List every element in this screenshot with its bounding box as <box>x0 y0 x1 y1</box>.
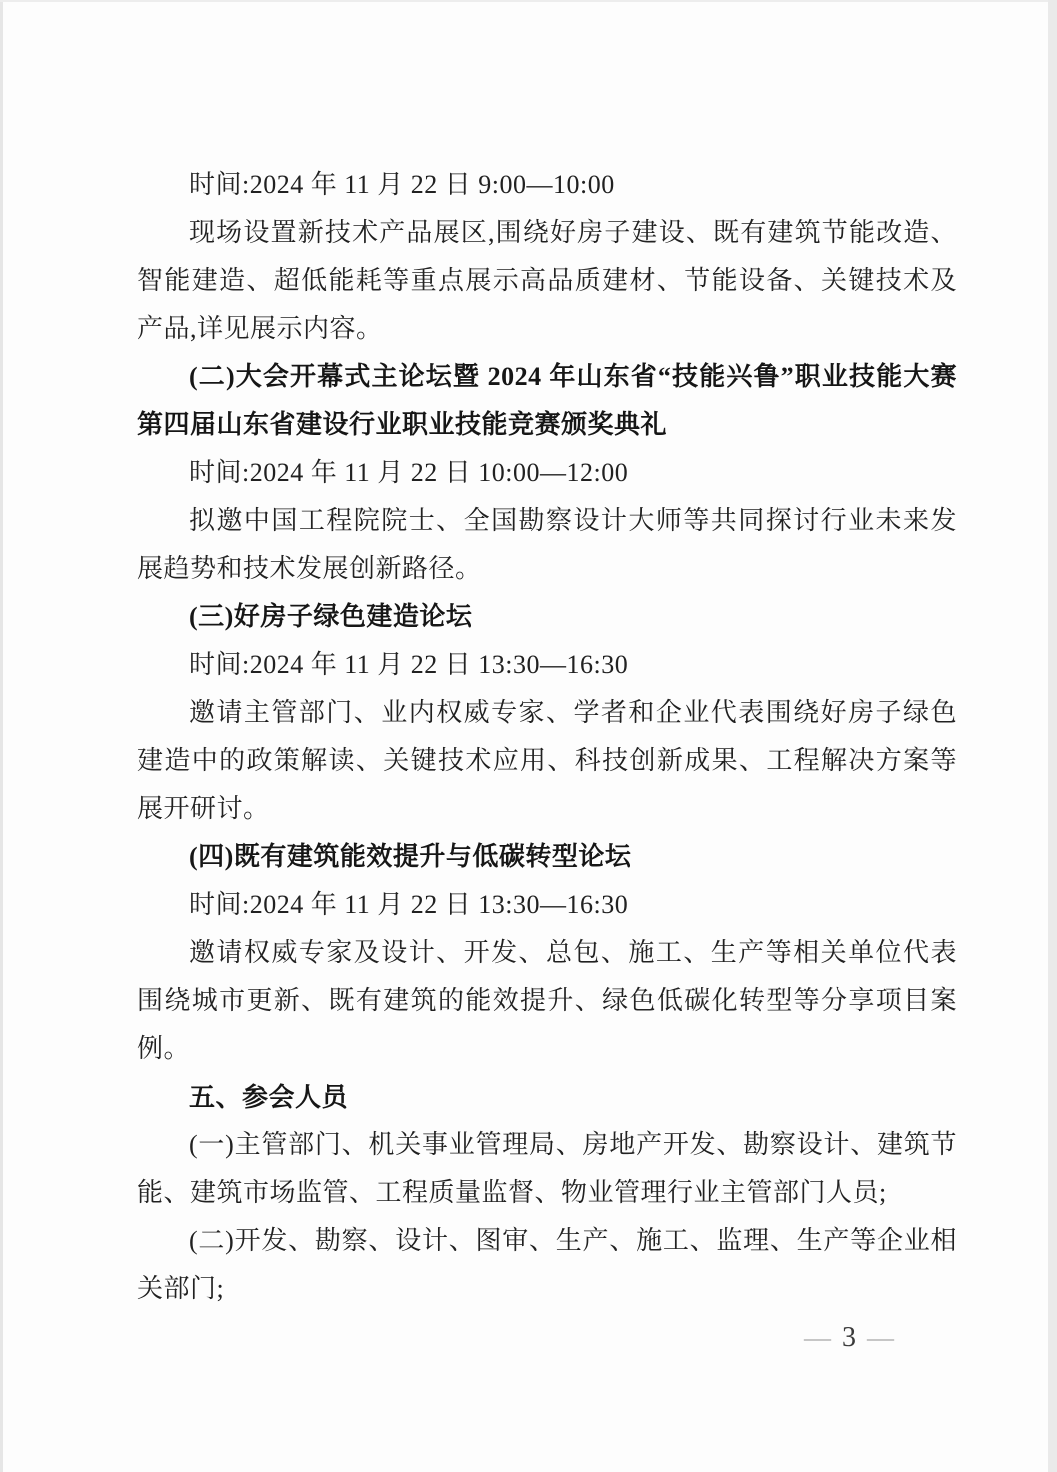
document-page: 时间:2024 年 11 月 22 日 9:00—10:00 现场设置新技术产品… <box>0 0 1057 1472</box>
document-content: 时间:2024 年 11 月 22 日 9:00—10:00 现场设置新技术产品… <box>137 161 957 1313</box>
page-footer: — 3 — <box>804 1318 894 1358</box>
session-1-time-line: 时间:2024 年 11 月 22 日 9:00—10:00 <box>137 161 957 209</box>
attendees-item-1: (一)主管部门、机关事业管理局、房地产开发、勘察设计、建筑节能、建筑市场监管、工… <box>137 1121 957 1217</box>
footer-dash-left: — <box>804 1322 831 1354</box>
forum-4-time-line: 时间:2024 年 11 月 22 日 13:30—16:30 <box>137 881 957 929</box>
session-1-exhibition-paragraph: 现场设置新技术产品展区,围绕好房子建设、既有建筑节能改造、智能建造、超低能耗等重… <box>137 209 957 353</box>
forum-2-description: 拟邀中国工程院院士、全国勘察设计大师等共同探讨行业未来发展趋势和技术发展创新路径… <box>137 497 957 593</box>
forum-4-heading: (四)既有建筑能效提升与低碳转型论坛 <box>137 833 957 881</box>
forum-3-heading: (三)好房子绿色建造论坛 <box>137 593 957 641</box>
attendees-item-2: (二)开发、勘察、设计、图审、生产、施工、监理、生产等企业相关部门; <box>137 1217 957 1313</box>
forum-3-description: 邀请主管部门、业内权威专家、学者和企业代表围绕好房子绿色建造中的政策解读、关键技… <box>137 689 957 833</box>
attendees-section-heading: 五、参会人员 <box>137 1073 957 1121</box>
forum-2-heading: (二)大会开幕式主论坛暨 2024 年山东省“技能兴鲁”职业技能大赛第四届山东省… <box>137 353 957 449</box>
scan-edge-artifact <box>0 0 1057 2</box>
forum-3-time-line: 时间:2024 年 11 月 22 日 13:30—16:30 <box>137 641 957 689</box>
page-number: 3 <box>842 1318 856 1358</box>
forum-4-description: 邀请权威专家及设计、开发、总包、施工、生产等相关单位代表围绕城市更新、既有建筑的… <box>137 929 957 1073</box>
footer-dash-right: — <box>867 1322 894 1354</box>
forum-2-time-line: 时间:2024 年 11 月 22 日 10:00—12:00 <box>137 449 957 497</box>
